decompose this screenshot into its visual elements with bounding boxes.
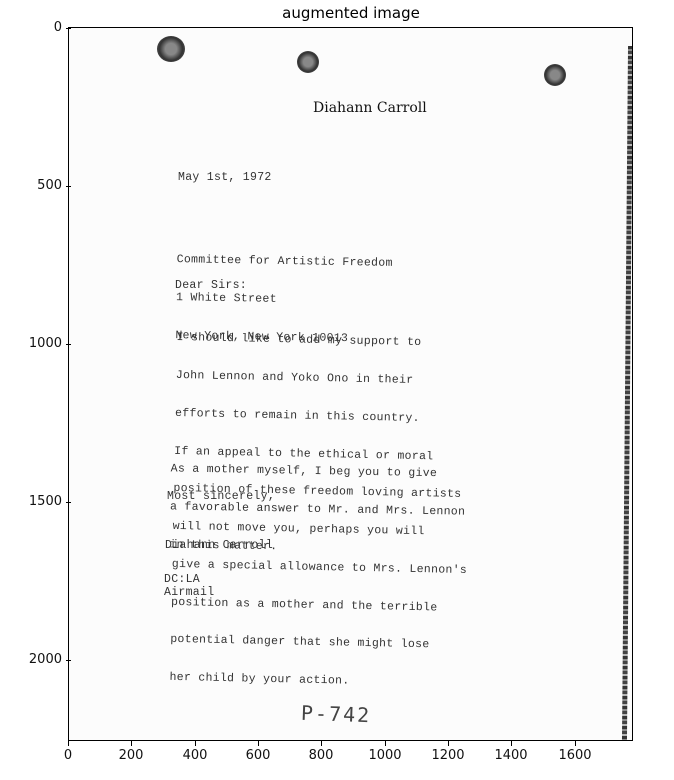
x-tick: 1000 — [355, 748, 415, 763]
scanned-letter: Diahann Carroll May 1st, 1972 Committee … — [69, 28, 632, 740]
stamp-icon-right — [544, 64, 566, 86]
address-line: Committee for Artistic Freedom — [177, 254, 393, 270]
y-tick: 2000 — [2, 652, 62, 667]
body-line: I should like to add my support to — [176, 332, 471, 351]
y-tick: 1500 — [2, 494, 62, 509]
address-line: 1 White Street — [176, 292, 392, 308]
x-tick: 600 — [228, 748, 288, 763]
body-line: a favorable answer to Mr. and Mrs. Lenno… — [170, 501, 465, 519]
x-tick: 400 — [165, 748, 225, 763]
body-line: John Lennon and Yoko Ono in their — [176, 370, 471, 389]
x-tick: 1200 — [418, 748, 478, 763]
body-line: her child by your action. — [169, 672, 464, 691]
initials: DC:LA — [164, 574, 200, 587]
letter-date: May 1st, 1972 — [178, 172, 272, 185]
body-line: As a mother myself, I beg you to give — [171, 464, 466, 482]
x-tick: 1400 — [481, 748, 541, 763]
letterhead: Diahann Carroll — [313, 100, 427, 116]
body-line: efforts to remain in this country. — [175, 408, 470, 427]
body-line: position as a mother and the terrible — [171, 597, 466, 616]
x-tick: 0 — [38, 748, 98, 763]
x-tick: 800 — [291, 748, 351, 763]
letter-paragraph-2: As a mother myself, I beg you to give a … — [169, 438, 467, 582]
y-tick: 1000 — [2, 336, 62, 351]
page-mark: P-742 — [301, 701, 372, 727]
body-line: potential danger that she might lose — [170, 634, 465, 653]
salutation: Dear Sirs: — [175, 280, 247, 293]
stamp-icon-center — [297, 51, 319, 73]
x-tick: 1600 — [545, 748, 605, 763]
x-tick: 200 — [101, 748, 161, 763]
page-edge — [622, 46, 633, 740]
image-axes: Diahann Carroll May 1st, 1972 Committee … — [68, 27, 633, 741]
stamp-icon-left — [157, 36, 185, 62]
y-tick: 0 — [2, 20, 62, 35]
delivery-method: Airmail — [164, 587, 214, 600]
figure-title: augmented image — [68, 4, 634, 22]
signature: Diahann Carroll — [165, 540, 273, 553]
closing: Most sincerely, — [167, 491, 275, 504]
y-tick: 500 — [2, 178, 62, 193]
